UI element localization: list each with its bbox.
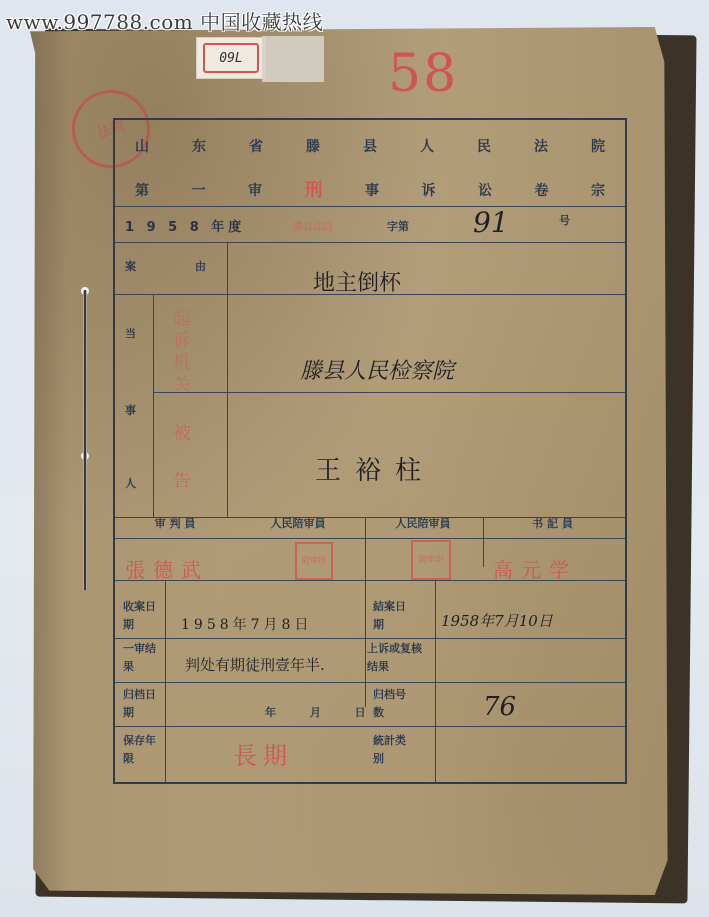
- appeal-label: 上诉或复核结果: [367, 640, 429, 676]
- received-date: 1958年7月8日: [181, 614, 312, 634]
- judge-header: 审 判 員: [125, 515, 225, 531]
- defendant-label: 被告: [173, 410, 195, 506]
- zi-label: 字第: [387, 218, 409, 234]
- catalog-label: 09L: [196, 37, 266, 79]
- site-watermark: www.997788.com 中国收藏热线: [6, 6, 323, 35]
- result-label: 一审结果: [123, 640, 159, 676]
- retention-value: 長期: [233, 736, 293, 771]
- divider: [115, 580, 625, 581]
- divider: [115, 206, 625, 207]
- archive-no: 76: [483, 692, 516, 722]
- tape-patch: [262, 36, 324, 82]
- clerk-name: 高元学: [493, 554, 577, 583]
- archive-date-label: 归档日期: [123, 686, 159, 722]
- form-title: 山东省滕县人民法院: [115, 136, 625, 156]
- case-form: 山东省滕县人民法院 第一审刑事诉讼卷宗 1 9 5 8 年度 滕县法院 字第 9…: [113, 118, 627, 784]
- assessor-seal-2: 陪审印: [411, 540, 451, 580]
- closed-label: 結案日期: [373, 598, 409, 634]
- judge-name: 張德武: [125, 554, 209, 583]
- archive-no-label: 归档号数: [373, 686, 409, 722]
- criminal-mark: 刑: [305, 176, 323, 202]
- defendant-name: 王裕柱: [315, 450, 435, 487]
- divider: [115, 638, 625, 639]
- divider: [115, 726, 625, 727]
- clerk-header: 书 記 員: [485, 515, 620, 531]
- retention-label: 保存年限: [123, 732, 159, 768]
- form-subtitle: 第一审刑事诉讼卷宗: [115, 180, 625, 202]
- assessor-header-2: 人民陪审員: [363, 515, 483, 531]
- plaintiff-name: 滕县人民检察院: [300, 354, 454, 385]
- trial-result: 判处有期徒刑壹年半.: [185, 654, 325, 675]
- catalog-label-number: 09L: [203, 43, 259, 73]
- assessor-seal-1: 陪审印: [295, 542, 333, 580]
- plaintiff-label: 起诉机关: [173, 308, 195, 396]
- divider: [115, 242, 625, 243]
- divider: [115, 682, 625, 683]
- archive-number: 58: [388, 44, 458, 104]
- divider: [115, 294, 625, 295]
- divider: [115, 538, 625, 539]
- case-number: 91: [473, 206, 509, 239]
- closed-date: 1958年7月10日: [441, 610, 553, 631]
- binding-thread: [83, 290, 87, 590]
- received-label: 收案日期: [123, 598, 159, 634]
- year: 1 9 5 8 年度: [125, 216, 245, 235]
- divider: [153, 392, 625, 393]
- hao-label: 号: [559, 212, 570, 228]
- assessor-header-1: 人民陪审員: [233, 515, 363, 531]
- case-cause: 地主倒杯: [313, 266, 401, 297]
- stat-label: 統計类别: [373, 732, 409, 768]
- archive-date: 年 月 日: [265, 704, 366, 720]
- red-court-stamp: 滕县法院: [293, 218, 333, 233]
